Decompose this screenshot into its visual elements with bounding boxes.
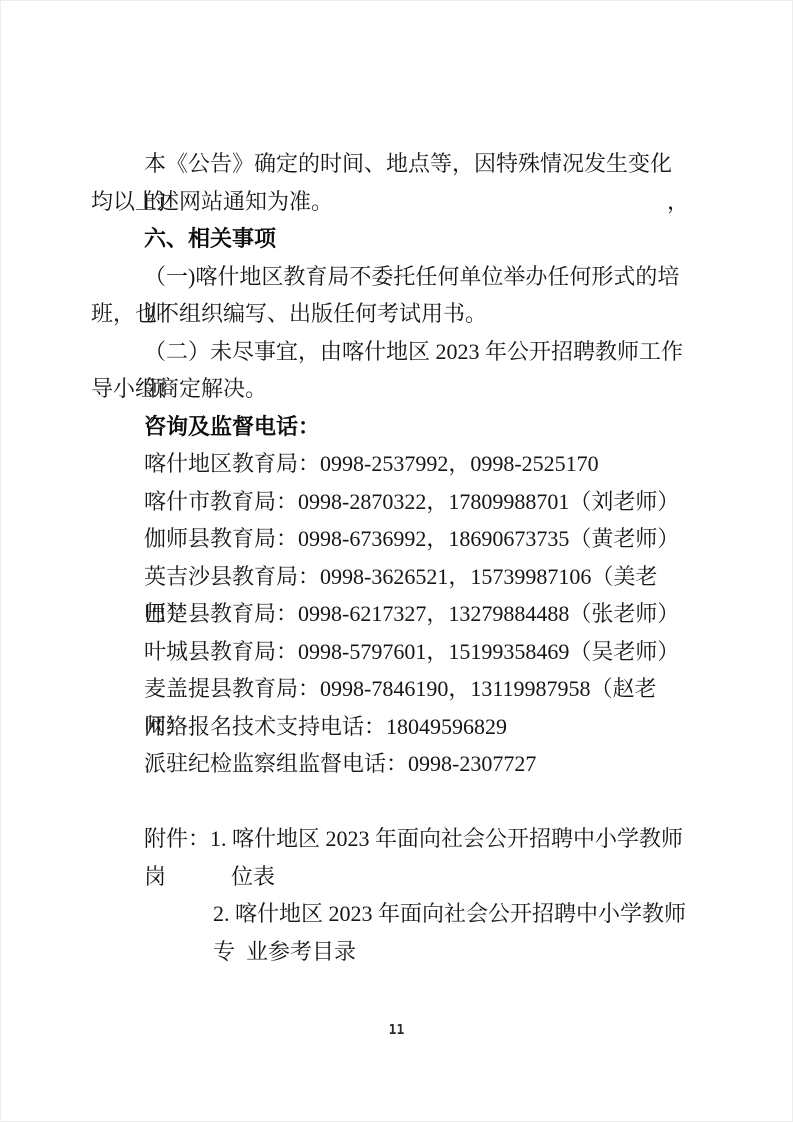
contact-line-kashgar-city-bureau: 喀什市教育局：0998-2870322，17809988701（刘老师） — [91, 483, 689, 521]
section-six-heading: 六、相关事项 — [91, 220, 689, 258]
contact-line-jiashi-county-bureau: 伽师县教育局：0998-6736992，18690673735（黄老师） — [91, 520, 689, 558]
attachments-line-1: 附件：1. 喀什地区 2023 年面向社会公开招聘中小学教师岗 — [91, 820, 689, 858]
contact-line-makit-county-bureau: 麦盖提县教育局：0998-7846190，13119987958（赵老师） — [91, 670, 689, 708]
contact-line-prefecture-bureau: 喀什地区教育局：0998-2537992，0998-2525170 — [91, 445, 689, 483]
page-content: 本《公告》确定的时间、地点等，因特殊情况发生变化的， 均以上述网站通知为准。 六… — [91, 145, 689, 970]
section-six-item2-line-1: （二）未尽事宜，由喀什地区 2023 年公开招聘教师工作领 — [91, 333, 689, 371]
contact-line-yengisar-county-bureau: 英吉沙县教育局：0998-3626521，15739987106（美老师） — [91, 558, 689, 596]
blank-line — [91, 783, 689, 821]
attachments-line-2: 位表 — [91, 858, 689, 896]
intro-line-1: 本《公告》确定的时间、地点等，因特殊情况发生变化的， — [91, 145, 689, 183]
contact-line-bachu-county-bureau: 巴楚县教育局：0998-6217327，13279884488（张老师） — [91, 595, 689, 633]
document-page: 本《公告》确定的时间、地点等，因特殊情况发生变化的， 均以上述网站通知为准。 六… — [0, 0, 793, 1122]
section-six-item1-line-1: （一)喀什地区教育局不委托任何单位举办任何形式的培训 — [91, 258, 689, 296]
section-six-item1-line-2: 班，也不组织编写、出版任何考试用书。 — [91, 295, 689, 333]
contact-line-online-support: 网络报名技术支持电话：18049596829 — [91, 708, 689, 746]
contact-line-discipline-supervision: 派驻纪检监察组监督电话：0998-2307727 — [91, 745, 689, 783]
contact-line-yecheng-county-bureau: 叶城县教育局：0998-5797601，15199358469（吴老师） — [91, 633, 689, 671]
attachments-line-4: 业参考目录 — [91, 933, 689, 971]
section-six-item2-line-2: 导小组商定解决。 — [91, 370, 689, 408]
contacts-heading: 咨询及监督电话： — [91, 408, 689, 446]
attachments-line-3: 2. 喀什地区 2023 年面向社会公开招聘中小学教师专 — [91, 895, 689, 933]
page-number: 11 — [1, 1023, 792, 1038]
